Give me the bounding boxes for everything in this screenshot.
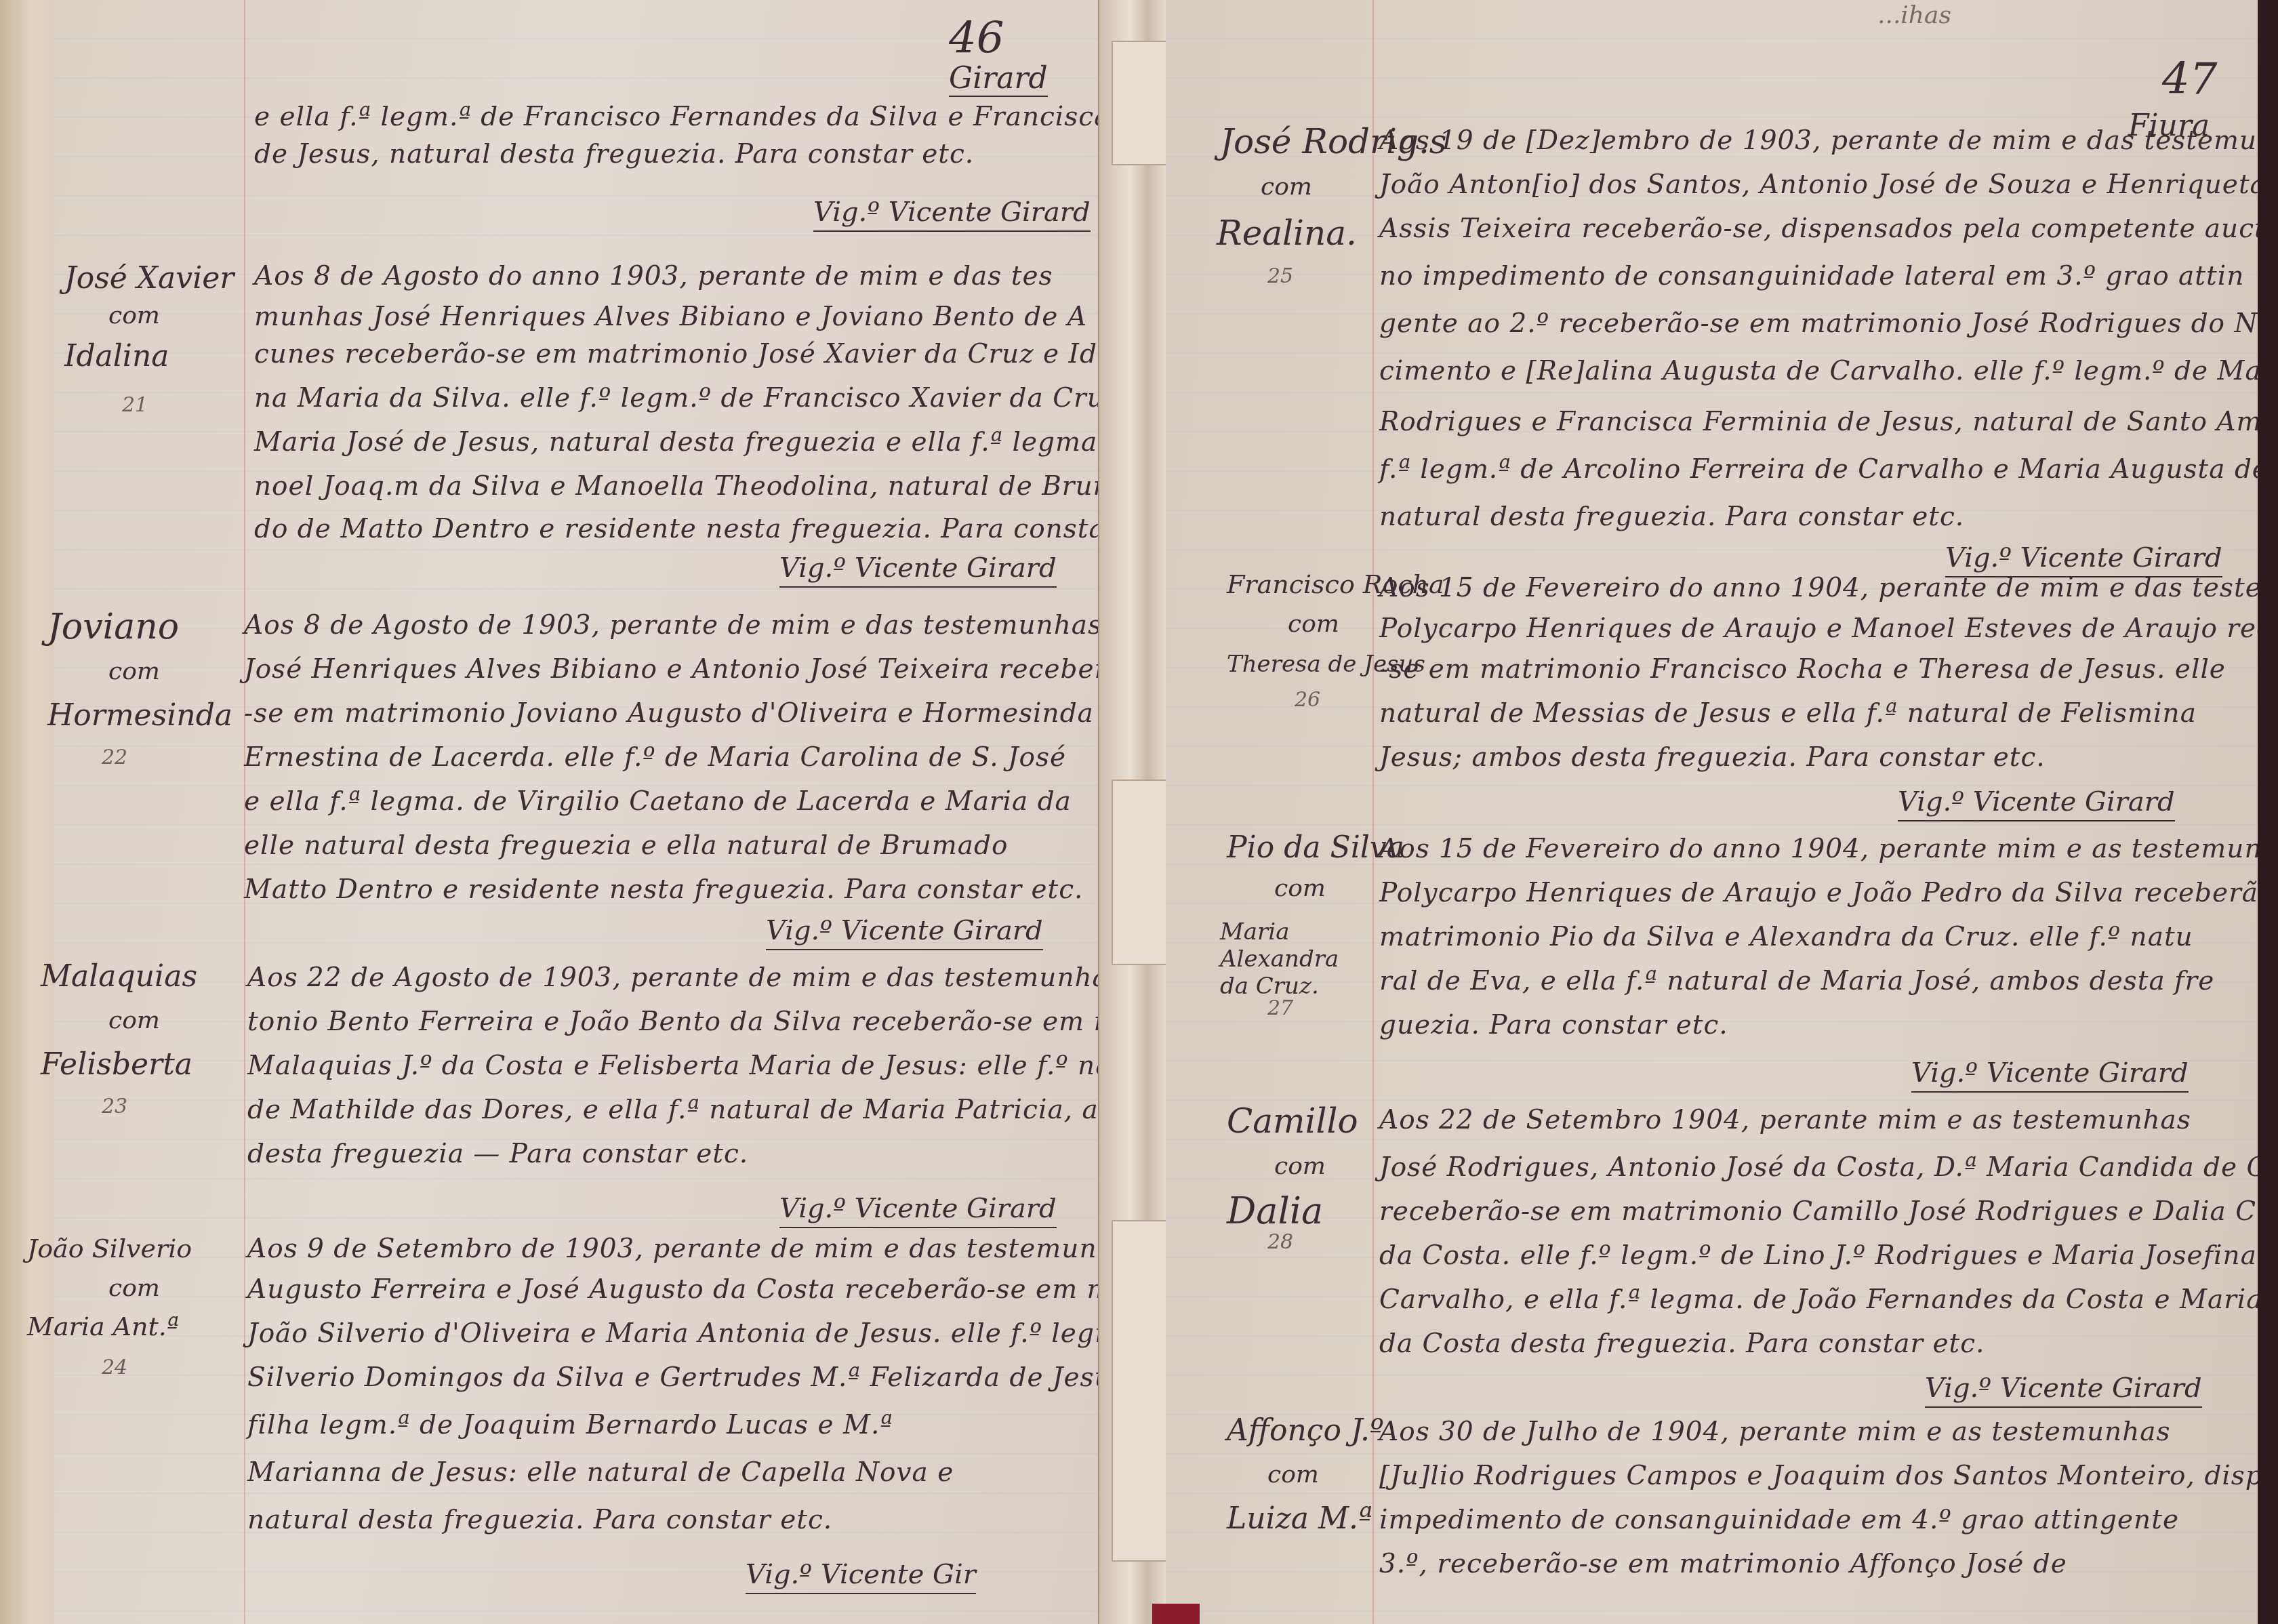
entry-index: 21: [122, 393, 148, 417]
entry-line: -se em matrimonio Francisco Rocha e Ther…: [1379, 654, 2226, 685]
entry-line: Silverio Domingos da Silva e Gertrudes M…: [247, 1362, 1152, 1393]
right-page: ...ihas 47 Fiura José Rodrig.s com Reali…: [1166, 0, 2278, 1624]
entry-line: Matto Dentro e residente nesta freguezia…: [244, 874, 1083, 905]
with-label: com: [108, 1274, 160, 1302]
entry-line: impedimento de consanguinidade em 4.º gr…: [1379, 1505, 2179, 1535]
entry-line: Aos 9 de Setembro de 1903, perante de mi…: [247, 1234, 1145, 1264]
entry-line: cimento e [Re]alina Augusta de Carvalho.…: [1379, 356, 2278, 386]
entry-line: Polycarpo Henriques de Araujo e Manoel E…: [1379, 613, 2278, 644]
entry-index: 24: [102, 1356, 127, 1379]
signature: Vig.º Vicente Girard: [1898, 786, 2175, 821]
entry-line: e ella f.ª legma. de Virgilio Caetano de…: [244, 786, 1072, 817]
signature: Vig.º Vicente Girard: [813, 197, 1091, 232]
header-signature: Girard: [949, 61, 1048, 97]
signature: Vig.º Vicente Girard: [1911, 1057, 2189, 1093]
entry-line: guezia. Para constar etc.: [1379, 1010, 1728, 1040]
entry-line: Aos 22 de Agosto de 1903, perante de mim…: [247, 962, 1123, 993]
bride-name: Realina.: [1217, 214, 1357, 253]
entry-line: gente ao 2.º receberão-se em matrimonio …: [1379, 308, 2278, 339]
entry-line: Carvalho, e ella f.ª legma. de João Fern…: [1379, 1284, 2263, 1315]
entry-line: tonio Bento Ferreira e João Bento da Sil…: [247, 1007, 1152, 1037]
entry-line: Aos 22 de Setembro 1904, perante mim e a…: [1379, 1105, 2191, 1135]
entry-line: Augusto Ferreira e José Augusto da Costa…: [247, 1274, 1152, 1305]
with-label: com: [1274, 874, 1326, 902]
entry-line: João Silverio d'Oliveira e Maria Antonia…: [247, 1318, 1129, 1349]
groom-name: João Silverio: [27, 1234, 192, 1263]
dark-background-edge: [2258, 0, 2278, 1624]
signature: Vig.º Vicente Girard: [779, 1193, 1057, 1228]
bride-name: Maria Alexandra da Cruz.: [1220, 918, 1369, 1000]
entry-line: Marianna de Jesus: elle natural de Capel…: [247, 1457, 954, 1488]
entry-line: na Maria da Silva. elle f.º legm.º de Fr…: [254, 383, 1119, 413]
entry-line: do de Matto Dentro e residente nesta fre…: [254, 514, 1152, 544]
with-label: com: [108, 302, 160, 329]
page-edge: [0, 0, 54, 1624]
page-number: 46: [949, 14, 1004, 64]
entry-line: noel Joaq.m da Silva e Manoella Theodoli…: [254, 471, 1135, 502]
entry-line: receberão-se em matrimonio Camillo José …: [1379, 1196, 2256, 1227]
entry-index: 22: [102, 746, 127, 769]
entry-line: matrimonio Pio da Silva e Alexandra da C…: [1379, 922, 2193, 952]
with-label: com: [1261, 173, 1312, 201]
groom-name: Pio da Silva: [1227, 830, 1404, 865]
signature: Vig.º Vicente Girard: [1925, 1373, 2202, 1408]
entry-index: 27: [1267, 996, 1293, 1020]
entry-line: Jesus; ambos desta freguezia. Para const…: [1379, 742, 2046, 773]
left-page: 46 Girard e ella f.ª legm.ª de Francisco…: [0, 0, 1152, 1624]
entry-index: 23: [102, 1095, 127, 1118]
entry-line: Aos 15 de Fevereiro do anno 1904, perant…: [1379, 573, 2278, 603]
with-label: com: [1288, 610, 1339, 638]
bride-name: Maria Ant.ª: [27, 1312, 179, 1341]
page-number: 47: [2162, 54, 2217, 104]
entry-line: natural de Messias de Jesus e ella f.ª n…: [1379, 698, 2197, 729]
signature: Vig.º Vicente Girard: [779, 552, 1057, 588]
carryover-line: de Jesus, natural desta freguezia. Para …: [254, 139, 974, 169]
entry-line: Aos 30 de Julho de 1904, perante mim e a…: [1379, 1417, 2171, 1447]
entry-line: ral de Eva, e ella f.ª natural de Maria …: [1379, 966, 2214, 996]
entry-line: natural desta freguezia. Para constar et…: [1379, 502, 1964, 532]
signature: Vig.º Vicente Gir: [746, 1559, 976, 1594]
groom-name: Joviano: [47, 607, 179, 647]
bride-name: Idalina: [64, 339, 169, 373]
with-label: com: [108, 657, 160, 685]
red-ribbon-bookmark: [1152, 1604, 1200, 1624]
entry-line: Aos 8 de Agosto de 1903, perante de mim …: [244, 610, 1102, 641]
bride-name: Hormesinda: [47, 698, 232, 733]
entry-line: -se em matrimonio Joviano Augusto d'Oliv…: [244, 698, 1094, 729]
entry-index: 28: [1267, 1230, 1293, 1254]
groom-name: José Xavier: [64, 261, 234, 296]
signature: Vig.º Vicente Girard: [766, 915, 1043, 950]
entry-line: da Costa. elle f.º legm.º de Lino J.º Ro…: [1379, 1240, 2257, 1271]
entry-line: da Costa desta freguezia. Para constar e…: [1379, 1328, 1985, 1359]
entry-line: Malaquias J.º da Costa e Felisberta Mari…: [247, 1051, 1141, 1081]
entry-line: cunes receberão-se em matrimonio José Xa…: [254, 339, 1114, 369]
entry-line: José Rodrigues, Antonio José da Costa, D…: [1379, 1152, 2278, 1183]
entry-index: 25: [1267, 264, 1293, 288]
entry-line: munhas José Henriques Alves Bibiano e Jo…: [254, 302, 1087, 332]
entry-line: natural desta freguezia. Para constar et…: [247, 1505, 832, 1535]
entry-line: Ernestina de Lacerda. elle f.º de Maria …: [244, 742, 1066, 773]
groom-name: Camillo: [1227, 1101, 1358, 1141]
entry-line: desta freguezia — Para constar etc.: [247, 1139, 748, 1169]
entry-line: Rodrigues e Francisca Ferminia de Jesus,…: [1379, 407, 2278, 437]
entry-line: Aos 19 de [Dez]embro de 1903, perante de…: [1379, 125, 2278, 156]
entry-line: José Henriques Alves Bibiano e Antonio J…: [244, 654, 1141, 685]
entry-line: Assis Teixeira receberão-se, dispensados…: [1379, 214, 2278, 244]
entry-line: [Ju]lio Rodrigues Campos e Joaquim dos S…: [1379, 1461, 2278, 1491]
entry-line: f.ª legm.ª de Arcolino Ferreira de Carva…: [1379, 454, 2278, 485]
with-label: com: [1274, 1152, 1326, 1180]
with-label: com: [108, 1007, 160, 1034]
bride-name: Felisberta: [41, 1047, 192, 1082]
top-fragment: ...ihas: [1877, 1, 1951, 29]
groom-name: Malaquias: [41, 959, 197, 994]
bride-name: Dalia: [1227, 1190, 1323, 1232]
carryover-line: e ella f.ª legm.ª de Francisco Fernandes…: [254, 102, 1152, 132]
entry-line: Polycarpo Henriques de Araujo e João Ped…: [1379, 878, 2278, 908]
entry-line: no impedimento de consanguinidade latera…: [1379, 261, 2244, 291]
entry-line: 3.º, receberão-se em matrimonio Affonço …: [1379, 1549, 2067, 1579]
entry-line: João Anton[io] dos Santos, Antonio José …: [1379, 169, 2278, 200]
bride-name: Luiza M.ª: [1227, 1501, 1372, 1536]
entry-line: filha legm.ª de Joaquim Bernardo Lucas e…: [247, 1410, 893, 1440]
entry-line: Aos 15 de Fevereiro do anno 1904, perant…: [1379, 834, 2278, 864]
with-label: com: [1267, 1461, 1319, 1488]
entry-line: Maria José de Jesus, natural desta fregu…: [254, 427, 1152, 458]
margin-rule: [1372, 0, 1374, 1624]
groom-name: Affonço J.º: [1227, 1413, 1384, 1448]
entry-index: 26: [1295, 688, 1320, 712]
entry-line: de Mathilde das Dores, e ella f.ª natura…: [247, 1095, 1124, 1125]
entry-line: Aos 8 de Agosto do anno 1903, perante de…: [254, 261, 1053, 291]
entry-line: elle natural desta freguezia e ella natu…: [244, 830, 1008, 861]
